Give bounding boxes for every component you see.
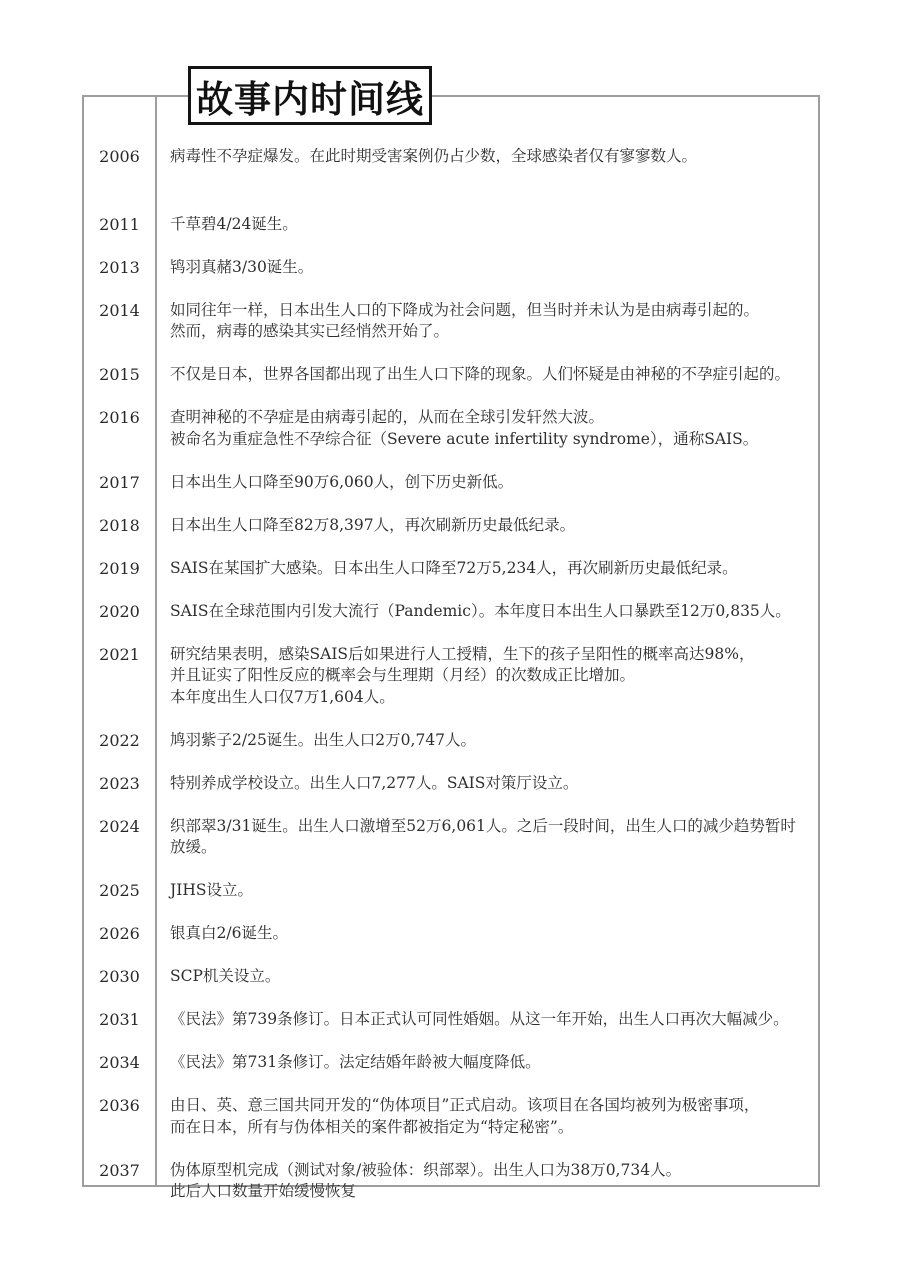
timeline-entry-text: 查明神秘的不孕症是由病毒引起的，从而在全球引发轩然大波。 被命名为重症急性不孕综… — [155, 407, 818, 450]
timeline-row: 2016 查明神秘的不孕症是由病毒引起的，从而在全球引发轩然大波。 被命名为重症… — [84, 407, 818, 450]
timeline-year: 2024 — [84, 816, 155, 859]
timeline-entry-text: SCP机关设立。 — [155, 966, 818, 988]
timeline-row: 2015 不仅是日本，世界各国都出现了出生人口下降的现象。人们怀疑是由神秘的不孕… — [84, 364, 818, 386]
timeline-year: 2019 — [84, 558, 155, 580]
timeline-year: 2013 — [84, 257, 155, 279]
timeline-year: 2016 — [84, 407, 155, 450]
timeline-year: 2014 — [84, 300, 155, 343]
timeline-entry-text: SAIS在全球范围内引发大流行（Pandemic）。本年度日本出生人口暴跌至12… — [155, 601, 818, 623]
timeline-year: 2036 — [84, 1095, 155, 1138]
page-title: 故事内时间线 — [196, 69, 424, 123]
timeline-table: 2006 病毒性不孕症爆发。在此时期受害案例仍占少数，全球感染者仅有寥寥数人。 … — [82, 95, 820, 1187]
timeline-year: 2037 — [84, 1160, 155, 1203]
timeline-row: 2020 SAIS在全球范围内引发大流行（Pandemic）。本年度日本出生人口… — [84, 601, 818, 623]
timeline-row: 2031 《民法》第739条修订。日本正式认可同性婚姻。从这一年开始，出生人口再… — [84, 1009, 818, 1031]
timeline-year: 2023 — [84, 773, 155, 795]
timeline-row: 2013 鸨羽真赭3/30诞生。 — [84, 257, 818, 279]
timeline-entry-text: 特别养成学校设立。出生人口7,277人。SAIS对策厅设立。 — [155, 773, 818, 795]
timeline-row: 2030 SCP机关设立。 — [84, 966, 818, 988]
timeline-year: 2021 — [84, 644, 155, 709]
timeline-year: 2015 — [84, 364, 155, 386]
timeline-year: 2026 — [84, 923, 155, 945]
timeline-year: 2018 — [84, 515, 155, 537]
timeline-entry-text: JIHS设立。 — [155, 880, 818, 902]
timeline-row: 2024 织部翠3/31诞生。出生人口激增至52万6,061人。之后一段时间，出… — [84, 816, 818, 859]
timeline-entry-text: 由日、英、意三国共同开发的“伪体项目”正式启动。该项目在各国均被列为极密事项， … — [155, 1095, 818, 1138]
timeline-year: 2034 — [84, 1052, 155, 1074]
timeline-entry-text: 日本出生人口降至82万8,397人，再次刷新历史最低纪录。 — [155, 515, 818, 537]
timeline-entry-text: SAIS在某国扩大感染。日本出生人口降至72万5,234人，再次刷新历史最低纪录… — [155, 558, 818, 580]
timeline-entry-text: 《民法》第739条修订。日本正式认可同性婚姻。从这一年开始，出生人口再次大幅减少… — [155, 1009, 818, 1031]
timeline-row: 2037 伪体原型机完成（测试对象/被验体：织部翠）。出生人口为38万0,734… — [84, 1160, 818, 1203]
timeline-row: 2014 如同往年一样，日本出生人口的下降成为社会问题，但当时并未认为是由病毒引… — [84, 300, 818, 343]
timeline-row: 2036 由日、英、意三国共同开发的“伪体项目”正式启动。该项目在各国均被列为极… — [84, 1095, 818, 1138]
timeline-row: 2021 研究结果表明，感染SAIS后如果进行人工授精，生下的孩子呈阳性的概率高… — [84, 644, 818, 709]
timeline-row: 2006 病毒性不孕症爆发。在此时期受害案例仍占少数，全球感染者仅有寥寥数人。 — [84, 146, 818, 168]
timeline-row: 2026 银真白2/6诞生。 — [84, 923, 818, 945]
timeline-year: 2030 — [84, 966, 155, 988]
timeline-year: 2006 — [84, 146, 155, 168]
timeline-entry-text: 不仅是日本，世界各国都出现了出生人口下降的现象。人们怀疑是由神秘的不孕症引起的。 — [155, 364, 818, 386]
timeline-entry-text: 伪体原型机完成（测试对象/被验体：织部翠）。出生人口为38万0,734人。 此后… — [155, 1160, 818, 1203]
timeline-row: 2018 日本出生人口降至82万8,397人，再次刷新历史最低纪录。 — [84, 515, 818, 537]
timeline-entry-text: 病毒性不孕症爆发。在此时期受害案例仍占少数，全球感染者仅有寥寥数人。 — [155, 146, 818, 168]
timeline-entry-text: 日本出生人口降至90万6,060人，创下历史新低。 — [155, 472, 818, 494]
timeline-entry-text: 银真白2/6诞生。 — [155, 923, 818, 945]
timeline-year: 2020 — [84, 601, 155, 623]
timeline-rows: 2006 病毒性不孕症爆发。在此时期受害案例仍占少数，全球感染者仅有寥寥数人。 … — [84, 97, 818, 1224]
timeline-year: 2031 — [84, 1009, 155, 1031]
timeline-entry-text: 《民法》第731条修订。法定结婚年龄被大幅度降低。 — [155, 1052, 818, 1074]
timeline-year: 2022 — [84, 730, 155, 752]
title-box: 故事内时间线 — [188, 66, 432, 125]
timeline-entry-text: 如同往年一样，日本出生人口的下降成为社会问题，但当时并未认为是由病毒引起的。 然… — [155, 300, 818, 343]
timeline-entry-text: 研究结果表明，感染SAIS后如果进行人工授精，生下的孩子呈阳性的概率高达98%，… — [155, 644, 818, 709]
timeline-year: 2017 — [84, 472, 155, 494]
timeline-row: 2023 特别养成学校设立。出生人口7,277人。SAIS对策厅设立。 — [84, 773, 818, 795]
timeline-entry-text: 鸠羽紫子2/25诞生。出生人口2万0,747人。 — [155, 730, 818, 752]
timeline-year: 2011 — [84, 214, 155, 236]
timeline-row: 2022 鸠羽紫子2/25诞生。出生人口2万0,747人。 — [84, 730, 818, 752]
timeline-row: 2019 SAIS在某国扩大感染。日本出生人口降至72万5,234人，再次刷新历… — [84, 558, 818, 580]
timeline-row: 2011 千草碧4/24诞生。 — [84, 214, 818, 236]
timeline-entry-text: 千草碧4/24诞生。 — [155, 214, 818, 236]
timeline-year: 2025 — [84, 880, 155, 902]
timeline-row: 2025 JIHS设立。 — [84, 880, 818, 902]
timeline-entry-text: 织部翠3/31诞生。出生人口激增至52万6,061人。之后一段时间，出生人口的减… — [155, 816, 818, 859]
timeline-row: 2017 日本出生人口降至90万6,060人，创下历史新低。 — [84, 472, 818, 494]
document-page: 2006 病毒性不孕症爆发。在此时期受害案例仍占少数，全球感染者仅有寥寥数人。 … — [0, 0, 901, 1280]
timeline-entry-text: 鸨羽真赭3/30诞生。 — [155, 257, 818, 279]
timeline-row: 2034 《民法》第731条修订。法定结婚年龄被大幅度降低。 — [84, 1052, 818, 1074]
